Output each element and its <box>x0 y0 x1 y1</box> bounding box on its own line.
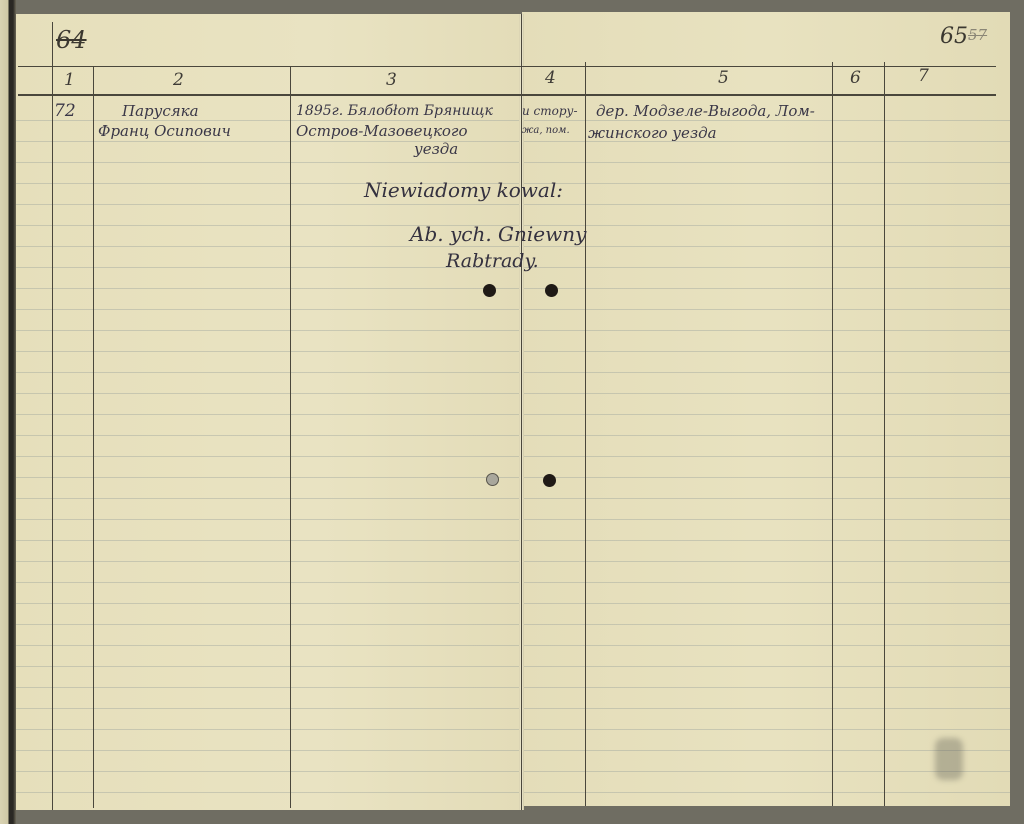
book-binding-edge <box>0 0 16 824</box>
entry-number: 72 <box>54 103 76 120</box>
column-header-2: 2 <box>173 72 184 89</box>
column-divider-2 <box>93 66 94 808</box>
entry-birth-line1: 1895г. Бялобłот Брянищк <box>296 104 493 118</box>
entry-residence-line1: дер. Модзеле-Выгода, Лом- <box>596 104 815 119</box>
entry-occupation-line2: жа, пом. <box>522 126 570 136</box>
annotation-line1: Niewiadomy kowal: <box>364 180 563 200</box>
right-page-old-number: 57 <box>968 28 987 43</box>
column-header-4: 4 <box>545 70 556 87</box>
punch-hole <box>543 474 556 487</box>
punch-hole <box>486 473 499 486</box>
column-divider-7 <box>884 62 885 806</box>
annotation-line3: Rabtrady. <box>446 252 539 271</box>
column-header-6: 6 <box>850 70 861 87</box>
column-divider-1 <box>52 22 53 810</box>
column-divider-3 <box>290 66 291 808</box>
right-page-number: 65 <box>940 26 968 48</box>
column-header-1: 1 <box>64 72 75 89</box>
entry-occupation-line1: и стору- <box>522 105 578 117</box>
ruled-lines <box>16 100 1010 800</box>
punch-hole <box>483 284 496 297</box>
column-header-3: 3 <box>386 72 397 89</box>
entry-birth-line3: уезда <box>414 142 458 157</box>
column-header-5: 5 <box>718 70 729 87</box>
column-header-7: 7 <box>918 68 929 85</box>
header-top-rule <box>18 66 996 67</box>
left-page-number: 64 <box>56 28 87 52</box>
punch-hole <box>545 284 558 297</box>
ink-smudge <box>935 738 963 780</box>
column-divider-6 <box>832 62 833 806</box>
entry-given-name: Франц Осипович <box>98 124 231 139</box>
entry-residence-line2: жинского уезда <box>588 126 717 141</box>
annotation-line2: Ab. ych. Gniewny <box>410 224 586 244</box>
column-divider-5 <box>585 62 586 806</box>
entry-surname: Парусяка <box>122 104 199 119</box>
entry-birth-line2: Остров-Мазовецкого <box>296 124 468 139</box>
header-bottom-rule <box>18 94 996 96</box>
